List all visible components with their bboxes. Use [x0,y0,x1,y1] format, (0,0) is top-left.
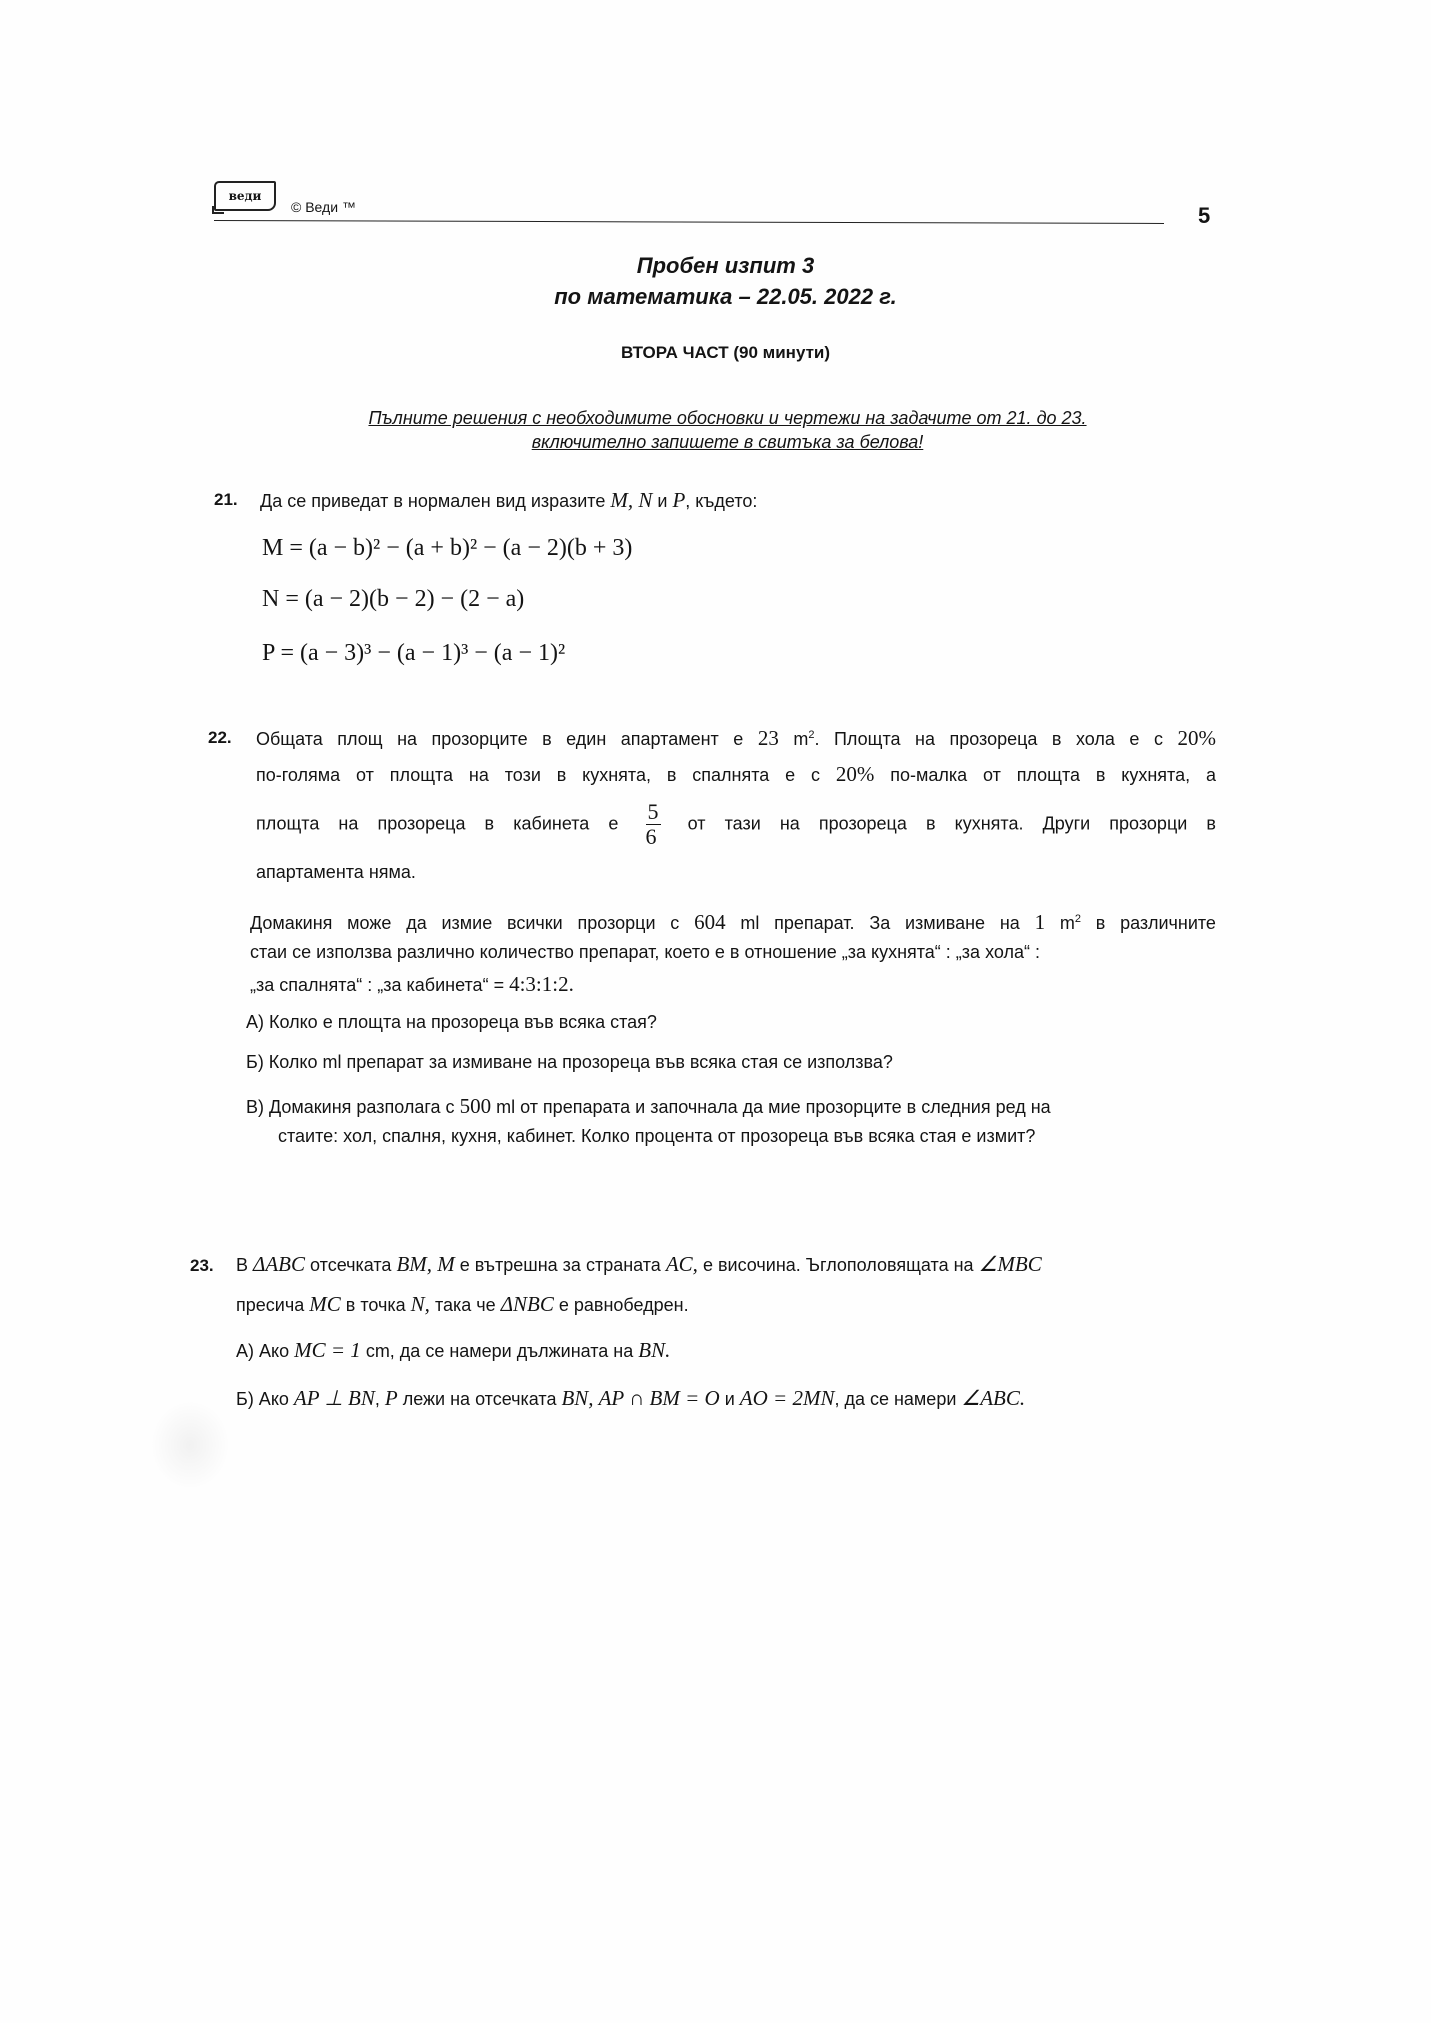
exam-title: Пробен изпит 3 [10,253,1431,279]
instruction-line-1: Пълните решения с необходимите обосновки… [12,406,1431,430]
vedi-logo: веди [214,181,276,211]
text: А) Ако [236,1341,289,1361]
math: ΔABC [253,1252,305,1276]
text: по-малка от площта в кухнята, а [890,765,1216,785]
math: ∠ABC. [961,1386,1025,1410]
unit: m [1060,913,1075,933]
copyright-notice: © Веди ™ [291,199,356,215]
problem-22-line-2: по-голяма от площта на този в кухнята, в… [256,762,1216,787]
problem-23-line-2: пресича MC в точка N, така че ΔNBC е рав… [236,1292,689,1317]
text: cm, да се намери дължината на [366,1341,633,1361]
text: В) Домакиня разполага с [246,1097,455,1117]
text: е вътрешна за страната [460,1255,661,1275]
number: 1 [1035,910,1046,934]
text: , да се намери [834,1389,956,1409]
math: AC, [666,1252,698,1276]
math: BN. [638,1338,670,1362]
text: по-голяма от площта на този в кухнята, в… [256,765,820,785]
text: „за спалнята“ : „за кабинета“ = [250,975,504,995]
text: отсечката [310,1255,391,1275]
text: Общата площ на прозорците в един апартам… [256,729,743,749]
page-number: 5 [1198,203,1210,229]
expression-m: M = (a − b)² − (a + b)² − (a − 2)(b + 3) [262,535,632,562]
text: в точка [346,1295,406,1315]
text: , [375,1389,380,1409]
math: AO = 2MN [740,1386,835,1410]
problem-21-number: 21. [214,490,238,510]
problem-23-question-a: А) Ако MC = 1 cm, да се намери дължината… [236,1338,670,1363]
text: площта на прозореца в кабинета е [256,813,618,833]
problem-22-question-c-line-1: В) Домакиня разполага с 500 ml от препар… [246,1094,1051,1119]
text: в различните [1096,913,1216,933]
math-vars: M, N [610,488,652,512]
problem-22-line-1: Общата площ на прозорците в един апартам… [256,726,1216,751]
math: ∠MBC [979,1252,1042,1276]
exam-page: веди © Веди ™ 5 Пробен изпит 3 по матема… [0,0,1431,2023]
math: AP ∩ BM = O [599,1386,720,1410]
math: ΔNBC [501,1292,554,1316]
problem-21-statement: Да се приведат в нормален вид изразите M… [260,488,757,513]
number: 20% [836,762,875,786]
problem-22-question-a: А) Колко е площта на прозореца във всяка… [246,1012,657,1033]
problem-22-line-3: площта на прозореца в кабинета е 56 от т… [256,800,1216,849]
text: Домакиня може да измие всички прозорци с [250,913,679,933]
expression-n: N = (a − 2)(b − 2) − (2 − a) [262,586,524,613]
math-var: P [672,488,685,512]
problem-22-para2-line-1: Домакиня може да измие всички прозорци с… [250,910,1216,935]
problem-22-line-4: апартамента няма. [256,862,416,883]
math: BM, M [396,1252,454,1276]
math: N, [411,1292,430,1316]
fraction-five-sixths: 56 [646,800,661,849]
text: ml от препарата и започнала да мие прозо… [496,1097,1051,1117]
text: В [236,1255,248,1275]
number: 23 [758,726,779,750]
instruction-line-2: включително запишете в свитъка за белова… [12,430,1431,454]
expression-p: P = (a − 3)³ − (a − 1)³ − (a − 1)² [262,640,565,667]
problem-23-question-b: Б) Ако AP ⊥ BN, P лежи на отсечката BN, … [236,1386,1025,1411]
problem-22-para2-line-3: „за спалнята“ : „за кабинета“ = 4:3:1:2. [250,972,574,997]
math: AP ⊥ BN [294,1386,375,1410]
unit: m [793,729,808,749]
part-heading: ВТОРА ЧАСТ (90 минути) [10,343,1431,363]
text: е височина. Ъглополовящата на [703,1255,974,1275]
math: BN, [561,1386,593,1410]
denominator: 6 [646,825,661,849]
number: 500 [460,1094,492,1118]
text: Б) Ако [236,1389,289,1409]
math: MC = 1 [294,1338,361,1362]
exam-subtitle: по математика – 22.05. 2022 г. [10,284,1431,310]
math: MC [309,1292,341,1316]
header-divider [214,220,1164,224]
problem-22-question-c-line-2: стаите: хол, спалня, кухня, кабинет. Кол… [278,1126,1035,1147]
text: . Площта на прозореца в хола е с [814,729,1162,749]
text: и [725,1389,735,1409]
text: и [657,491,667,511]
text: от тази на прозореца в кухнята. Други пр… [688,813,1216,833]
numerator: 5 [646,800,661,825]
math: P [385,1386,398,1410]
text: лежи на отсечката [403,1389,557,1409]
problem-23-line-1: В ΔABC отсечката BM, M е вътрешна за стр… [236,1252,1042,1277]
text: така че [435,1295,496,1315]
number: 20% [1177,726,1216,750]
problem-22-number: 22. [208,728,232,748]
text: пресича [236,1295,304,1315]
text: е равнобедрен. [559,1295,689,1315]
text: Да се приведат в нормален вид изразите [260,491,605,511]
logo-text: веди [229,189,262,203]
ratio: 4:3:1:2. [509,972,574,996]
number: 604 [694,910,726,934]
problem-23-number: 23. [190,1256,214,1276]
problem-22-question-b: Б) Колко ml препарат за измиване на проз… [246,1052,893,1073]
text: , където: [685,491,757,511]
text: ml препарат. За измиване на [740,913,1019,933]
problem-22-para2-line-2: стаи се използва различно количество пре… [250,942,1040,963]
scan-smudge [150,1400,230,1490]
